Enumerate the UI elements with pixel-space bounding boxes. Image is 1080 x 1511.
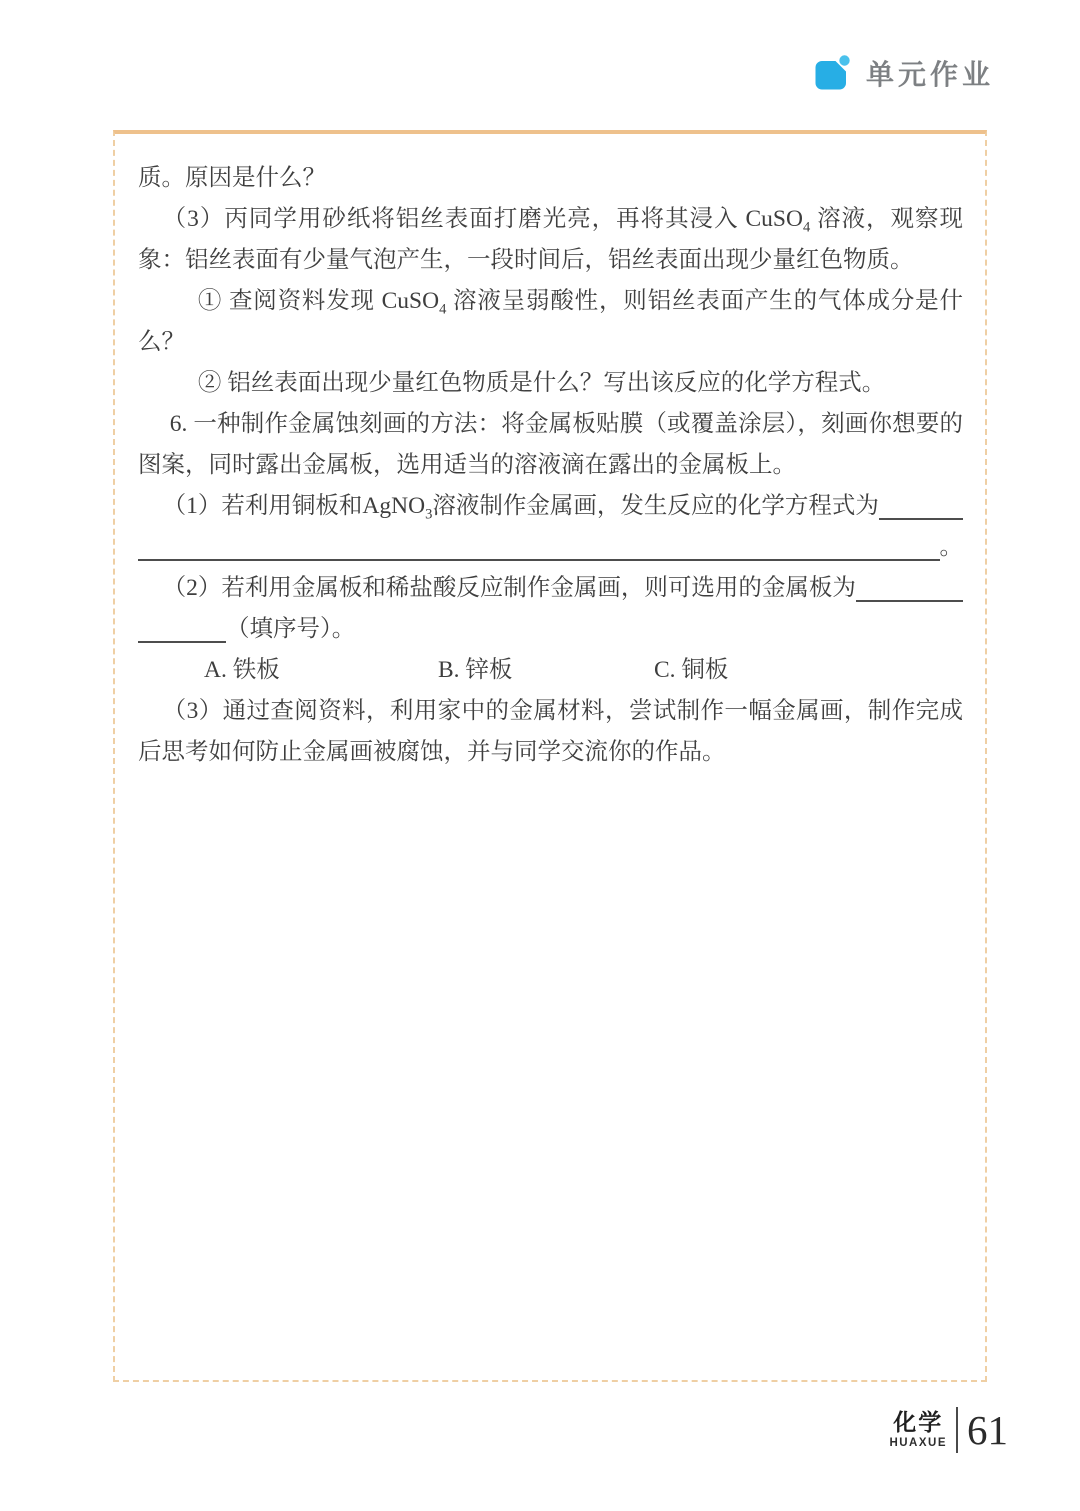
q6-1-text-suffix: 溶液制作金属画，发生反应的化学方程式为 [432,486,879,527]
workbook-page: { "header": { "badge_label": "单元作业", "ic… [0,0,1080,1511]
question-6-1-line1: （1）若利用铜板和 AgNO3 溶液制作金属画，发生反应的化学方程式为 [138,486,963,527]
question-6-1-line2: 。 [138,527,963,568]
q6-1-text-prefix: （1）若利用铜板和 [163,486,363,527]
continuation-text: 质。原因是什么？ [138,158,963,199]
chem-formula-agno3: AgNO3 [362,486,432,527]
chem-formula-cuso4: CuSO4 [745,206,810,232]
footer-subject-pinyin: HUAXUE [889,1438,947,1450]
worksheet-dashed-box: 质。原因是什么？ （3）丙同学用砂纸将铝丝表面打磨光亮，再将其浸入 CuSO4 … [113,130,987,1382]
chem-formula-cuso4: CuSO4 [382,288,447,314]
unit-homework-doc-icon [807,52,853,98]
answer-blank-line [879,486,963,520]
q6-1-line2-period: 。 [940,527,964,568]
option-b: B. 锌板 [438,650,654,691]
answer-blank-line [138,527,940,561]
page-header: 单元作业 [807,52,994,98]
footer-subject: 化学 [889,1411,947,1435]
question-6-2-line1: （2）若利用金属板和稀盐酸反应制作金属画，则可选用的金属板为 [138,568,963,609]
option-a: A. 铁板 [204,650,438,691]
chem-subscript: 3 [425,507,432,523]
question-6-1: （1）若利用铜板和 AgNO3 溶液制作金属画，发生反应的化学方程式为 。 [138,486,963,568]
sub1-text-prefix: ① 查阅资料发现 [198,288,382,314]
options-row: A. 铁板 B. 锌板 C. 铜板 [138,650,963,691]
q6-2-fill-hint: （填序号）。 [226,609,355,650]
question-6-3: （3）通过查阅资料，利用家中的金属材料，尝试制作一幅金属画，制作完成后思考如何防… [138,691,963,773]
answer-blank-line [856,568,963,602]
question-6-2-line2: （填序号）。 [138,609,963,650]
footer-divider [956,1407,958,1453]
q6-2-text: （2）若利用金属板和稀盐酸反应制作金属画，则可选用的金属板为 [163,568,856,609]
section-badge-label: 单元作业 [866,61,994,89]
question-3-sub2: ② 铝丝表面出现少量红色物质是什么？写出该反应的化学方程式。 [138,363,963,404]
question-6-2: （2）若利用金属板和稀盐酸反应制作金属画，则可选用的金属板为 （填序号）。 [138,568,963,650]
question-3-text-prefix: （3）丙同学用砂纸将铝丝表面打磨光亮，再将其浸入 [163,206,746,232]
question-3-sub1: ① 查阅资料发现 CuSO4 溶液呈弱酸性，则铝丝表面产生的气体成分是什么？ [138,281,963,363]
answer-blank-line [138,609,226,643]
footer-subject-block: 化学 HUAXUE [889,1411,947,1450]
question-3: （3）丙同学用砂纸将铝丝表面打磨光亮，再将其浸入 CuSO4 溶液，观察现象：铝… [138,199,963,281]
chem-base: CuSO [382,288,439,314]
option-c: C. 铜板 [654,650,728,691]
question-6-intro: 6. 一种制作金属蚀刻画的方法：将金属板贴膜（或覆盖涂层），刻画你想要的图案，同… [138,404,963,486]
page-number: 61 [967,1410,1008,1451]
chem-base: CuSO [745,206,802,232]
page-footer: 化学 HUAXUE 61 [889,1407,1008,1453]
chem-base: AgNO [362,493,425,519]
